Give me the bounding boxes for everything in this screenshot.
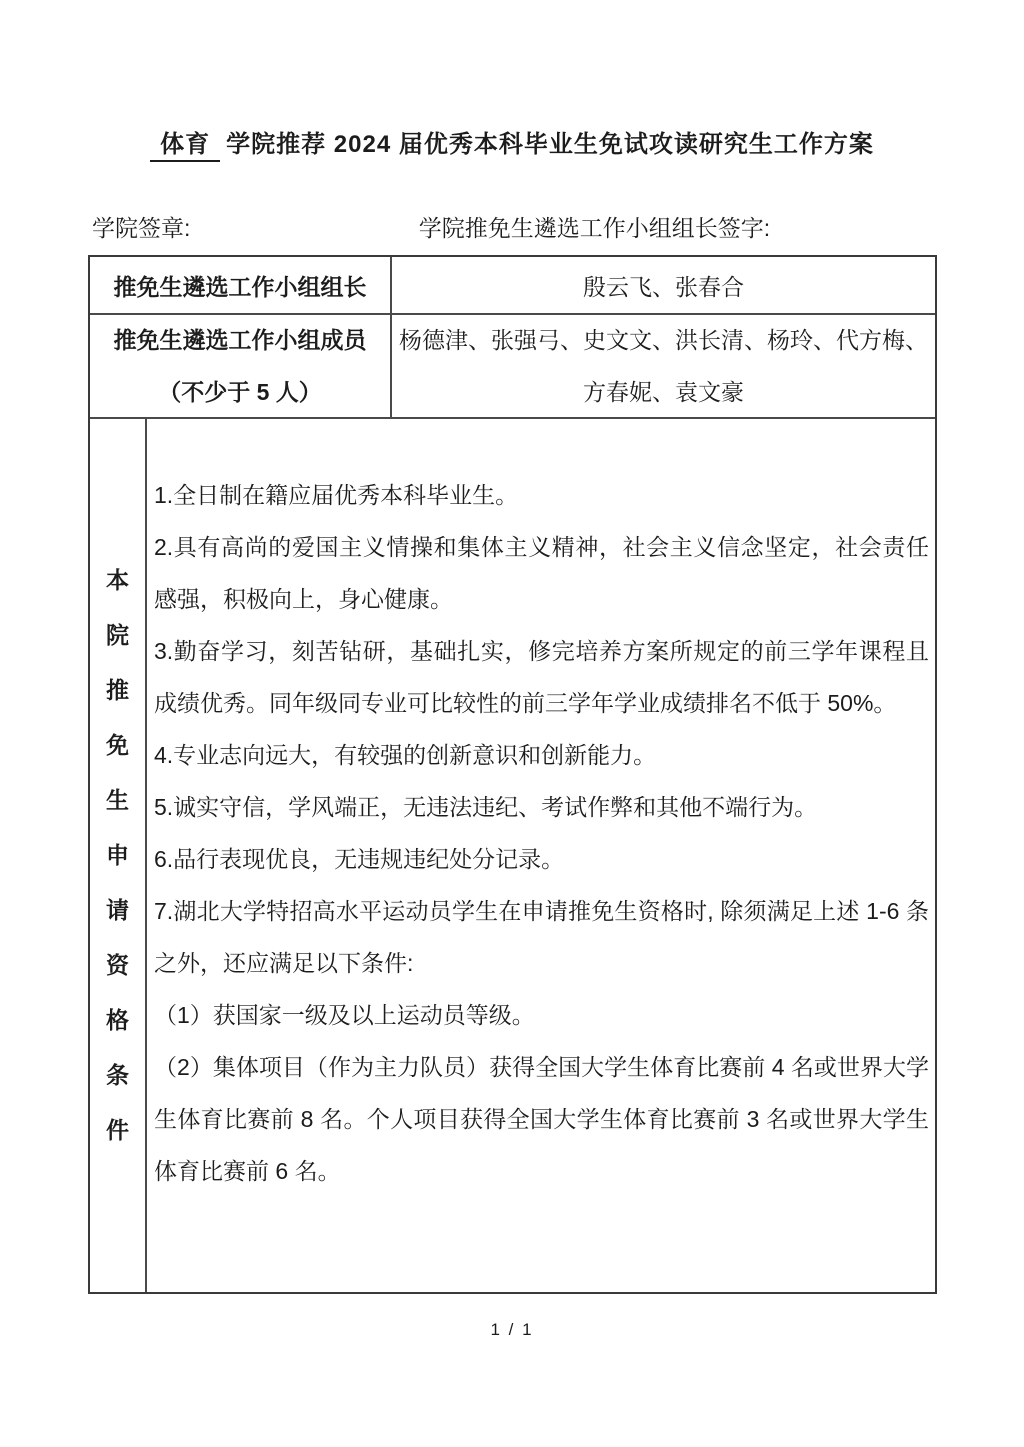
leader-row-label: 推免生遴选工作小组组长 [90, 257, 392, 313]
requirement-item: （2）集体项目（作为主力队员）获得全国大学生体育比赛前 4 名或世界大学生体育比… [154, 1041, 929, 1197]
requirement-item: 4.专业志向远大，有较强的创新意识和创新能力。 [154, 729, 929, 781]
college-seal-label: 学院签章: [92, 215, 190, 241]
eligibility-vertical-label: 本院推免生申请资格条件 [105, 553, 131, 1158]
document-page: 体育学院推荐 2024 届优秀本科毕业生免试攻读研究生工作方案 学院签章: 学院… [0, 0, 1024, 1447]
table-row-members: 推免生遴选工作小组成员 （不少于 5 人） 杨德津、张强弓、史文文、洪长清、杨玲… [90, 313, 935, 417]
requirement-item: 6.品行表现优良，无违规违纪处分记录。 [154, 833, 929, 885]
requirement-item: 7.湖北大学特招高水平运动员学生在申请推免生资格时, 除须满足上述 1-6 条之… [154, 885, 929, 989]
requirement-item: 5.诚实守信，学风端正，无违法违纪、考试作弊和其他不端行为。 [154, 781, 929, 833]
eligibility-requirements: 1.全日制在籍应届优秀本科毕业生。2.具有高尚的爱国主义情操和集体主义精神，社会… [147, 419, 935, 1292]
title-text: 学院推荐 2024 届优秀本科毕业生免试攻读研究生工作方案 [226, 131, 874, 158]
leader-signature-label: 学院推免生遴选工作小组组长签字: [419, 215, 770, 241]
eligibility-row-label: 本院推免生申请资格条件 [90, 419, 147, 1292]
members-row-label: 推免生遴选工作小组成员 （不少于 5 人） [90, 315, 392, 417]
members-value-line1: 杨德津、张强弓、史文文、洪长清、杨玲、代方梅、 [392, 314, 935, 366]
table-row-leader: 推免生遴选工作小组组长 殷云飞、张春合 [90, 257, 935, 313]
signature-row: 学院签章: 学院推免生遴选工作小组组长签字: [92, 210, 964, 243]
members-label-line1: 推免生遴选工作小组成员 [90, 314, 390, 366]
requirement-item: 1.全日制在籍应届优秀本科毕业生。 [154, 469, 929, 521]
page-number: 1 / 1 [0, 1320, 1024, 1340]
table-row-eligibility: 本院推免生申请资格条件 1.全日制在籍应届优秀本科毕业生。2.具有高尚的爱国主义… [90, 417, 935, 1292]
document-title: 体育学院推荐 2024 届优秀本科毕业生免试攻读研究生工作方案 [0, 124, 1024, 162]
college-name-underlined: 体育 [150, 124, 220, 162]
plan-table: 推免生遴选工作小组组长 殷云飞、张春合 推免生遴选工作小组成员 （不少于 5 人… [88, 255, 937, 1294]
members-value-line2: 方春妮、袁文豪 [392, 366, 935, 418]
requirement-item: （1）获国家一级及以上运动员等级。 [154, 989, 929, 1041]
members-row-value: 杨德津、张强弓、史文文、洪长清、杨玲、代方梅、 方春妮、袁文豪 [392, 315, 935, 417]
members-label-line2: （不少于 5 人） [90, 366, 390, 418]
leader-row-value: 殷云飞、张春合 [392, 257, 935, 313]
requirement-item: 2.具有高尚的爱国主义情操和集体主义精神，社会主义信念坚定，社会责任感强，积极向… [154, 521, 929, 625]
requirement-item: 3.勤奋学习，刻苦钻研，基础扎实，修完培养方案所规定的前三学年课程且成绩优秀。同… [154, 625, 929, 729]
